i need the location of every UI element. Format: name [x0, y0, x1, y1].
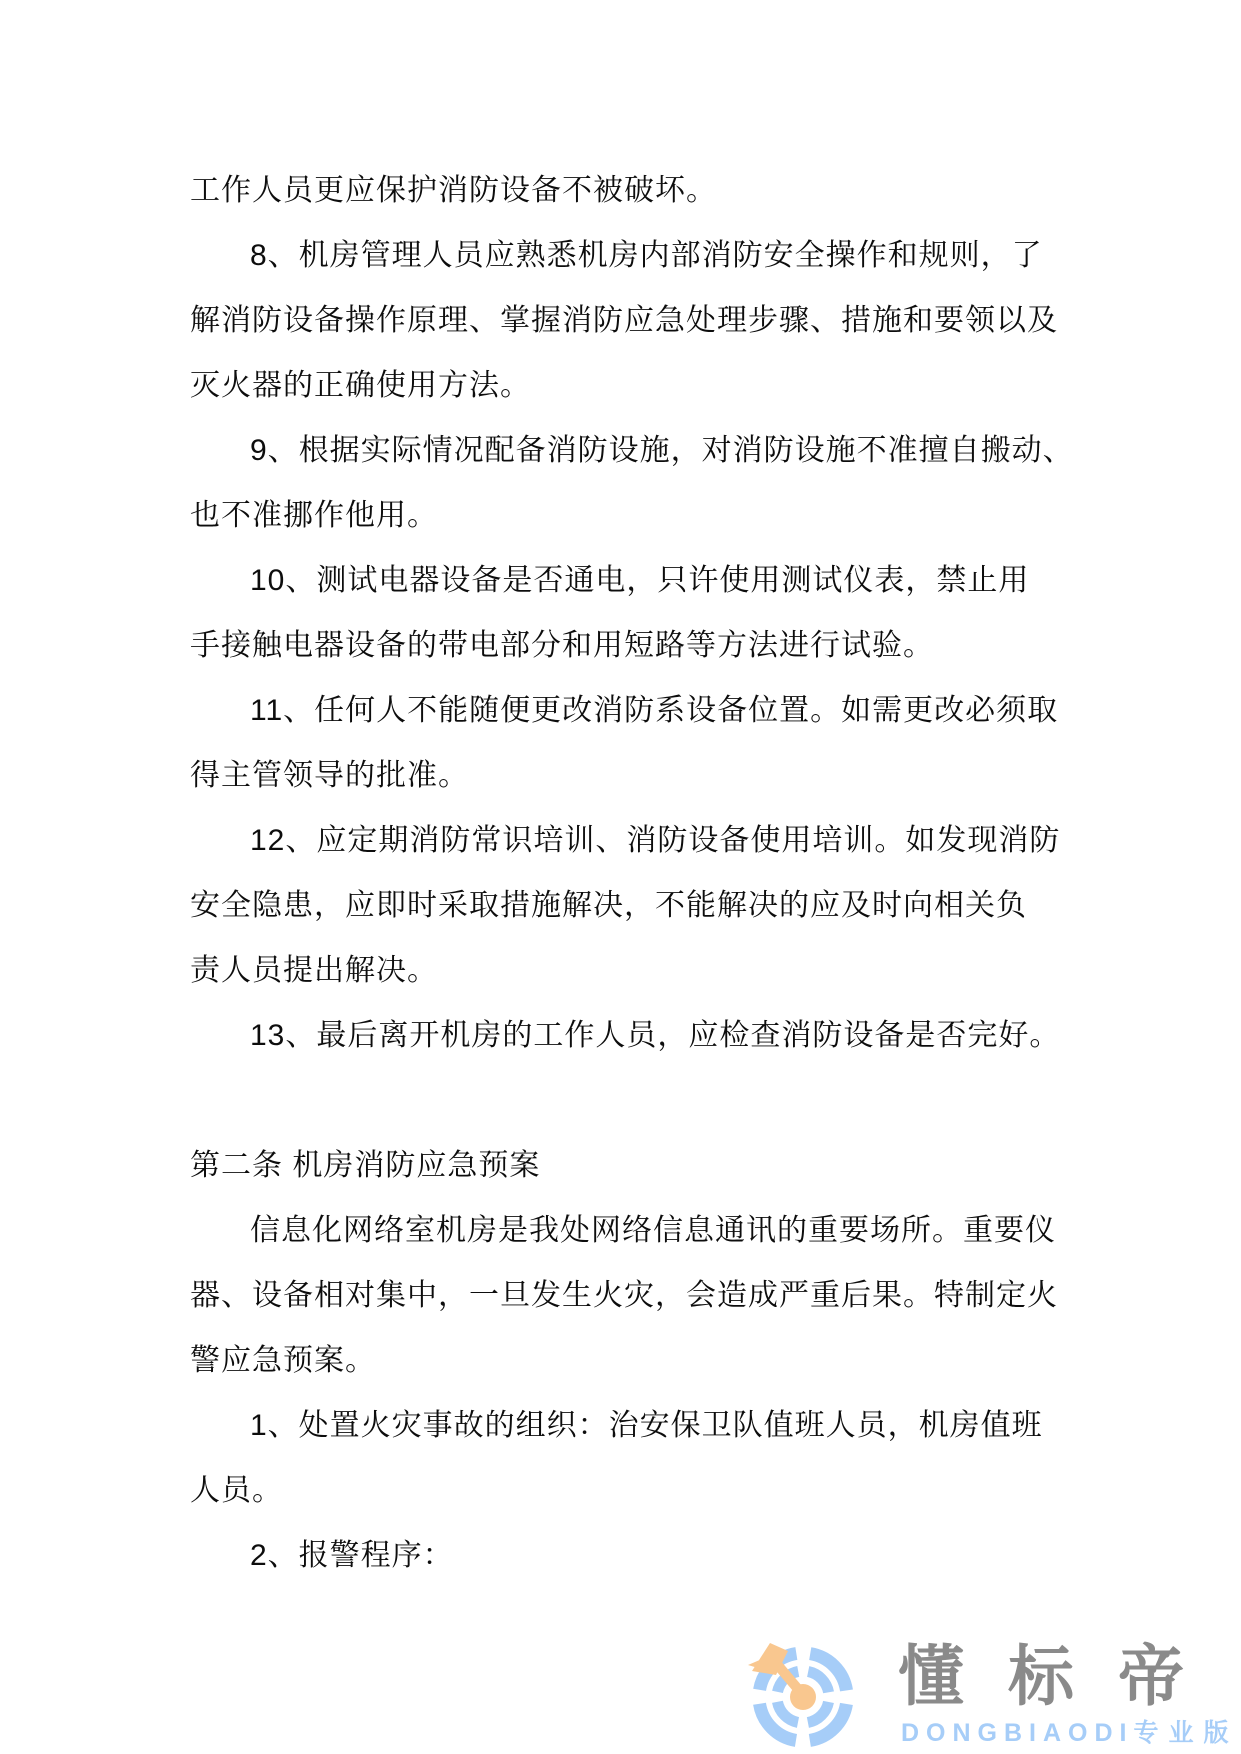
target-arrow-icon: [746, 1635, 856, 1754]
text-line: 解消防设备操作原理、掌握消防应急处理步骤、措施和要领以及: [190, 288, 1070, 353]
text-line: 11、任何人不能随便更改消防系设备位置。如需更改必须取: [190, 678, 1070, 743]
watermark-subtitle-text: DONGBIAODI专业版: [901, 1721, 1239, 1746]
text-line: 2、报警程序：: [190, 1523, 1070, 1588]
text-line: 警应急预案。: [190, 1328, 1070, 1393]
text-line: 灭火器的正确使用方法。: [190, 353, 1070, 418]
text-line: 得主管领导的批准。: [190, 743, 1070, 808]
watermark-edition-text: 专业版: [1134, 1719, 1239, 1747]
blank-line: [190, 1068, 1070, 1133]
text-line: 8、机房管理人员应熟悉机房内部消防安全操作和规则，了: [190, 223, 1070, 288]
text-line: 13、最后离开机房的工作人员，应检查消防设备是否完好。: [190, 1003, 1070, 1068]
text-line: 安全隐患，应即时采取措施解决，不能解决的应及时向相关负: [190, 873, 1070, 938]
text-line: 9、根据实际情况配备消防设施，对消防设施不准擅自搬动、: [190, 418, 1070, 483]
document-body: 工作人员更应保护消防设备不被破坏。8、机房管理人员应熟悉机房内部消防安全操作和规…: [190, 158, 1070, 1588]
text-line: 也不准挪作他用。: [190, 483, 1070, 548]
text-line: 10、测试电器设备是否通电，只许使用测试仪表，禁止用: [190, 548, 1070, 613]
text-line: 手接触电器设备的带电部分和用短路等方法进行试验。: [190, 613, 1070, 678]
text-line: 责人员提出解决。: [190, 938, 1070, 1003]
text-line: 人员。: [190, 1458, 1070, 1523]
document-page: 工作人员更应保护消防设备不被破坏。8、机房管理人员应熟悉机房内部消防安全操作和规…: [0, 0, 1241, 1754]
watermark: 懂标帝 DONGBIAODI专业版: [746, 1635, 1241, 1754]
watermark-latin-text: DONGBIAODI: [901, 1719, 1134, 1747]
text-line: 12、应定期消防常识培训、消防设备使用培训。如发现消防: [190, 808, 1070, 873]
text-line: 1、处置火灾事故的组织：治安保卫队值班人员，机房值班: [190, 1393, 1070, 1458]
text-line: 信息化网络室机房是我处网络信息通讯的重要场所。重要仪: [190, 1198, 1070, 1263]
text-line: 第二条 机房消防应急预案: [190, 1133, 1070, 1198]
watermark-brand-text: 懂标帝: [898, 1643, 1228, 1709]
text-line: 工作人员更应保护消防设备不被破坏。: [190, 158, 1070, 223]
text-line: 器、设备相对集中，一旦发生火灾，会造成严重后果。特制定火: [190, 1263, 1070, 1328]
